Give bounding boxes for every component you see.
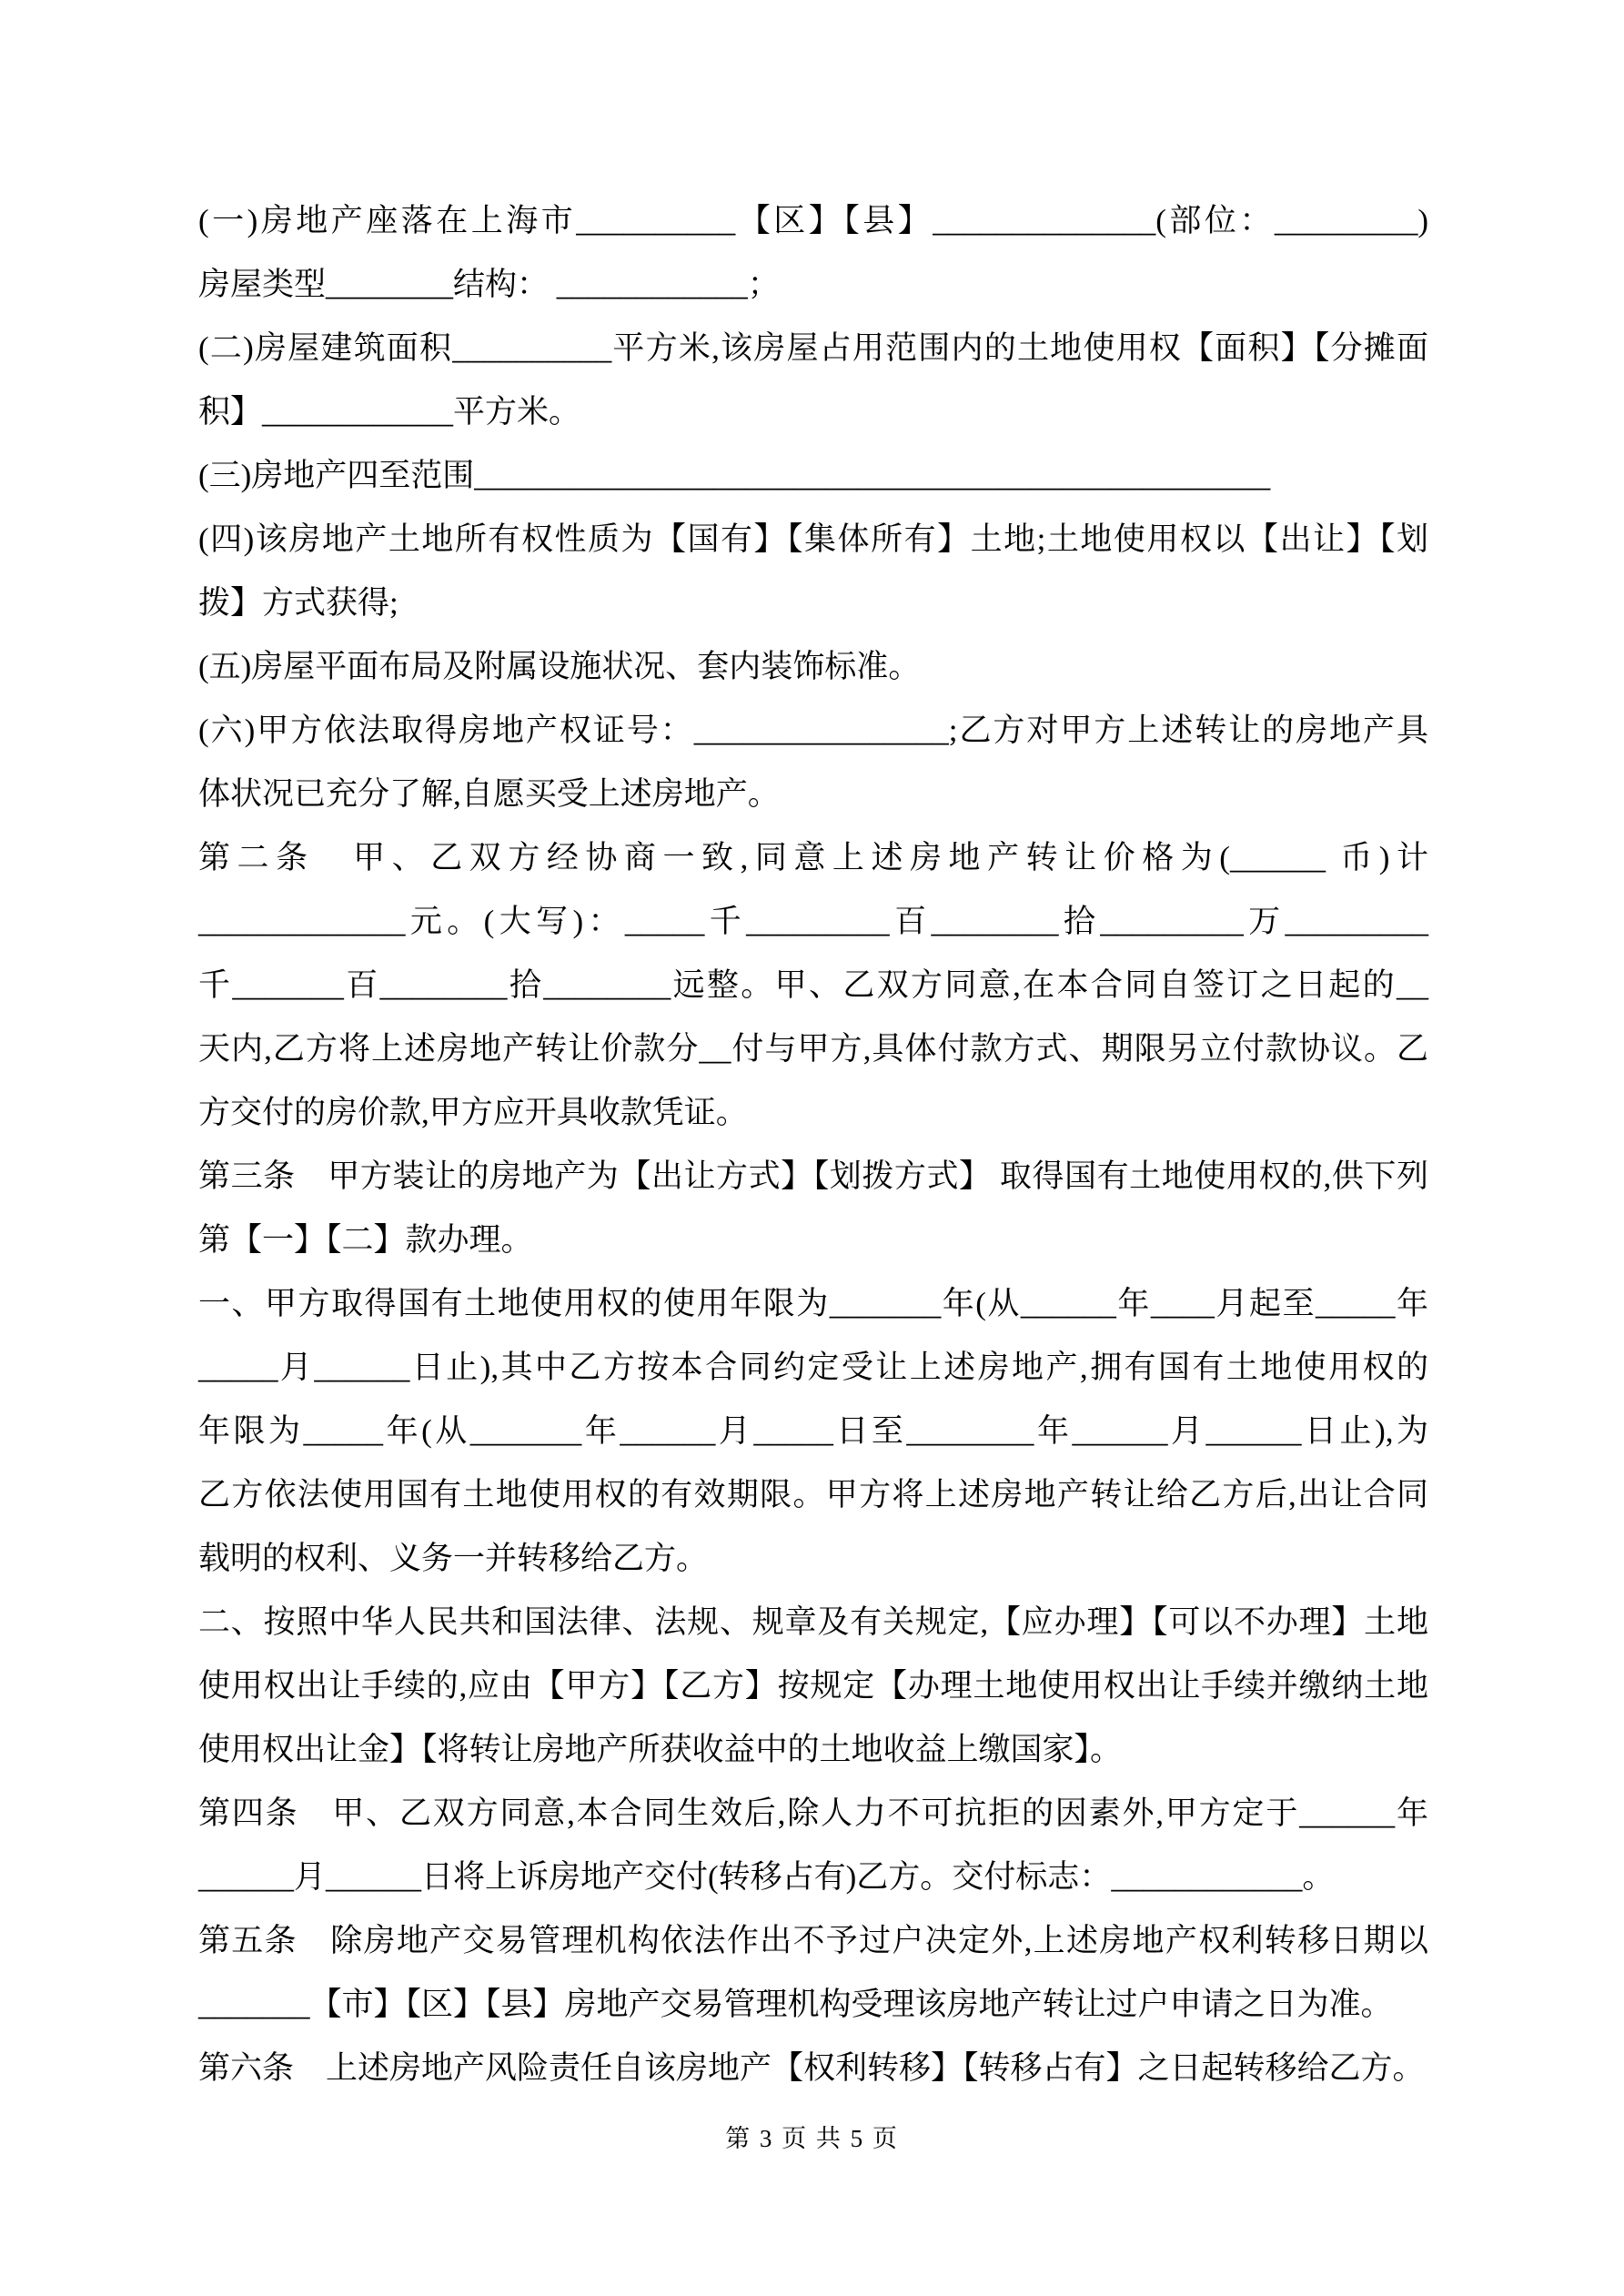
doc-line: 房屋类型________结构： ____________；	[198, 253, 1428, 317]
doc-line: 拨】方式获得;	[198, 571, 1428, 635]
doc-line: 第五条 除房地产交易管理机构依法作出不予过户决定外,上述房地产权利转移日期以	[198, 1909, 1428, 1973]
doc-line: _____月______日止),其中乙方按本合同约定受让上述房地产,拥有国有土地…	[198, 1336, 1428, 1400]
doc-line: (四)该房地产土地所有权性质为【国有】【集体所有】土地;土地使用权以【出让】【划	[198, 508, 1428, 571]
doc-line: (二)房屋建筑面积__________平方米,该房屋占用范围内的土地使用权【面积…	[198, 317, 1428, 380]
doc-line: (三)房地产四至范围______________________________…	[198, 444, 1428, 508]
doc-line: 第四条 甲、乙双方同意,本合同生效后,除人力不可抗拒的因素外,甲方定于_____…	[198, 1782, 1428, 1846]
contract-body: (一)房地产座落在上海市__________【区】【县】____________…	[198, 189, 1428, 2100]
doc-line: 第【一】【二】款办理。	[198, 1209, 1428, 1272]
doc-line: 第三条 甲方装让的房地产为【出让方式】【划拨方式】 取得国有土地使用权的,供下列	[198, 1145, 1428, 1209]
doc-line: ______月______日将上诉房地产交付(转移占有)乙方。交付标志：____…	[198, 1846, 1428, 1909]
doc-line: 积】____________平方米。	[198, 380, 1428, 444]
doc-line: 二、按照中华人民共和国法律、法规、规章及有关规定,【应办理】【可以不办理】土地	[198, 1591, 1428, 1654]
page-footer: 第 3 页 共 5 页	[0, 2120, 1624, 2157]
doc-line: 一、甲方取得国有土地使用权的使用年限为_______年(从______年____…	[198, 1272, 1428, 1336]
doc-line: 第二条 甲、乙双方经协商一致,同意上述房地产转让价格为(______ 币)计	[198, 826, 1428, 890]
doc-line: 使用权出让金】【将转让房地产所获收益中的土地收益上缴国家】。	[198, 1718, 1428, 1782]
doc-line: 体状况已充分了解,自愿买受上述房地产。	[198, 763, 1428, 826]
doc-line: 载明的权利、义务一并转移给乙方。	[198, 1527, 1428, 1591]
doc-line: 使用权出让手续的,应由【甲方】【乙方】按规定【办理土地使用权出让手续并缴纳土地	[198, 1654, 1428, 1718]
doc-line: 乙方依法使用国有土地使用权的有效期限。甲方将上述房地产转让给乙方后,出让合同	[198, 1463, 1428, 1527]
doc-line: 方交付的房价款,甲方应开具收款凭证。	[198, 1081, 1428, 1145]
doc-line: 第六条 上述房地产风险责任自该房地产【权利转移】【转移占有】之日起转移给乙方。	[198, 2037, 1428, 2100]
doc-line: (一)房地产座落在上海市__________【区】【县】____________…	[198, 189, 1428, 253]
doc-line: 年限为_____年(从_______年______月_____日至_______…	[198, 1400, 1428, 1463]
doc-line: (五)房屋平面布局及附属设施状况、套内装饰标准。	[198, 635, 1428, 699]
doc-line: 千_______百________拾________远整。甲、乙双方同意,在本合…	[198, 954, 1428, 1017]
doc-line: _____________元。(大写)：_____千_________百____…	[198, 890, 1428, 954]
doc-line: 天内,乙方将上述房地产转让价款分__付与甲方,具体付款方式、期限另立付款协议。乙	[198, 1017, 1428, 1081]
doc-line: _______【市】【区】【县】房地产交易管理机构受理该房地产转让过户申请之日为…	[198, 1973, 1428, 2037]
document-page: (一)房地产座落在上海市__________【区】【县】____________…	[0, 0, 1624, 2296]
doc-line: (六)甲方依法取得房地产权证号：________________;乙方对甲方上述…	[198, 699, 1428, 763]
